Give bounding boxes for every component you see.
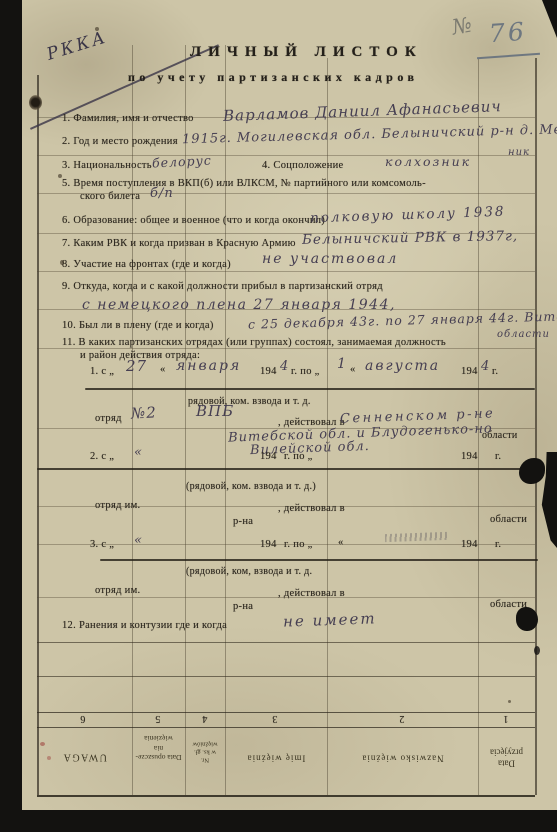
section2-oblast-label: области — [490, 514, 527, 525]
scan-edge-left — [0, 0, 22, 832]
ink-rule — [37, 468, 535, 470]
section3-otryad-label: отряд им. — [95, 585, 140, 596]
bottom-header-last-name: Nazwisko więźnia — [327, 752, 478, 763]
row1-quote2: « — [350, 364, 356, 375]
row1-month-to: августа — [365, 358, 440, 374]
field-value-fronts: не участвовал — [262, 251, 398, 267]
header-text-line: przyjęcia — [478, 746, 535, 757]
header-text: Imię więźnia — [247, 753, 306, 763]
row3-ditto-mark: « — [134, 533, 143, 548]
row1-year-from-hw: 4 — [280, 359, 289, 374]
field-label-wounds: 12. Ранения и контузии где и когда — [62, 620, 227, 631]
paper-speck — [95, 27, 99, 31]
field-label-rvk: 7. Каким РВК и когда призван в Красную А… — [62, 238, 296, 249]
row1-year-from: 194 — [260, 366, 277, 377]
grid-vline — [225, 45, 226, 795]
red-speck — [40, 742, 45, 746]
field-value-social: колхозник — [385, 154, 471, 169]
section2-position-hint: (рядовой, ком. взвода и т. д.) — [186, 481, 316, 492]
header-text: UWAGA — [62, 752, 107, 763]
row2-year-to: 194 — [461, 451, 478, 462]
scan-edge-bottom — [0, 810, 557, 832]
field-label-birth: 2. Год и место рождения — [62, 136, 178, 147]
row3-mid: г. по „ — [284, 539, 313, 550]
bottom-header-first-name: Imię więźnia — [225, 752, 327, 763]
bottom-col-number: 2 — [399, 713, 404, 724]
row1-year-suffix: г. — [492, 366, 498, 377]
row1-prefix: 1. с „ — [90, 366, 114, 377]
row1-quote: « — [160, 364, 166, 375]
header-text-line: Data opuszcze- — [132, 753, 185, 762]
grid-hline — [37, 642, 535, 643]
grid-hline — [37, 795, 535, 797]
field-value-wounds: не имеет — [283, 609, 377, 630]
row1-month-from: января — [176, 358, 241, 374]
header-text-line: w ks. gł. — [185, 747, 225, 755]
bottom-col-number: 6 — [80, 713, 85, 724]
field-label-party-line1: 5. Время поступления в ВКП(б) или ВЛКСМ,… — [62, 178, 426, 189]
header-text-line: więźniów — [185, 739, 225, 747]
field-value-captivity-cont: области — [497, 329, 550, 340]
section2-otryad-label: отряд им. — [95, 500, 140, 511]
field-label-education: 6. Образование: общее и военное (что и к… — [62, 215, 325, 226]
field-label-social: 4. Соцположение — [262, 160, 344, 171]
row2-prefix: 2. с „ — [90, 451, 114, 462]
row3-year-from: 194 — [260, 539, 277, 550]
header-text-line: nia — [132, 743, 185, 752]
field-value-birth-cont: ник — [508, 147, 530, 158]
section3-position-hint: (рядовой, ком, взвода и т. д. — [186, 566, 312, 577]
header-text-line: Nr. — [185, 755, 225, 763]
section1-otryad-name: ВПБ — [196, 402, 234, 420]
row2-year-suffix: г. — [495, 451, 501, 462]
grid-hline — [37, 348, 535, 349]
grid-hline — [37, 727, 535, 728]
scanned-document: РККА № 76 ЛИЧНЫЙ ЛИСТОК по учету партиза… — [0, 0, 557, 832]
field-value-party: б/п — [150, 186, 174, 201]
field-label-arrival: 9. Откуда, когда и с какой должности при… — [62, 281, 383, 292]
field-label-units-line1: 11. В каких партизанских отрядах (или гр… — [62, 337, 446, 348]
grid-vline — [535, 58, 537, 795]
row1-year-to-hw: 4 — [481, 359, 490, 374]
section3-rayon-label: р-на — [233, 601, 253, 612]
form-title-line1: ЛИЧНЫЙ ЛИСТОК — [190, 44, 423, 61]
grid-hline — [37, 676, 535, 677]
row3-prefix: 3. с „ — [90, 539, 114, 550]
header-text-line: Data — [478, 757, 535, 768]
row2-ditto-mark: « — [134, 445, 143, 460]
bottom-col-number: 1 — [503, 713, 508, 724]
doc-number-value: 76 — [488, 17, 528, 49]
row2-mid: г. по „ — [284, 451, 313, 462]
red-speck — [47, 756, 51, 760]
doc-number-sign: № — [450, 12, 474, 39]
row1-day-from: 27 — [126, 357, 147, 375]
grid-vline — [37, 75, 39, 795]
row3-quote2: « — [338, 537, 344, 548]
section2-rayon-label: р-на — [233, 516, 253, 527]
form-title-line2: по учету партизанских кадров — [128, 70, 419, 85]
paper-speck — [58, 174, 62, 178]
header-text: Nazwisko więźnia — [361, 753, 443, 763]
row1-mid: г. по „ — [291, 366, 320, 377]
ink-blot — [516, 607, 538, 631]
bottom-col-number: 3 — [272, 713, 277, 724]
header-text-line: więzienia — [132, 734, 185, 743]
row1-day-to: 1 — [337, 356, 347, 372]
bottom-header-uwaga: UWAGA — [37, 750, 132, 763]
ink-speck — [534, 646, 540, 655]
bottom-col-number: 4 — [202, 713, 207, 724]
section2-acted-label: , действовал в — [278, 503, 345, 514]
ink-rule — [100, 559, 538, 561]
ink-rule — [85, 388, 535, 390]
bottom-header-admission-date: Data przyjęcia — [478, 746, 535, 769]
bottom-header-release-date: Data opuszcze- nia więzienia — [132, 734, 185, 762]
field-value-arrival: с немецкого плена 27 января 1944, — [82, 297, 396, 313]
paper-speck — [508, 700, 511, 703]
section3-acted-label: , действовал в — [278, 588, 345, 599]
field-label-nationality: 3. Национальность — [62, 160, 152, 171]
grid-hline — [37, 271, 535, 272]
bottom-header-register-no: Nr. w ks. gł. więźniów — [185, 739, 225, 763]
field-label-party-line2: ского билета — [80, 191, 140, 202]
field-label-captivity: 10. Был ли в плену (где и когда) — [62, 320, 214, 331]
grid-hline — [37, 712, 535, 713]
bottom-col-number: 5 — [155, 713, 160, 724]
row3-year-to: 194 — [461, 539, 478, 550]
section1-otryad-label: отряд — [95, 413, 122, 424]
punch-hole — [29, 95, 42, 110]
row1-year-to: 194 — [461, 366, 478, 377]
field-label-surname: 1. Фамилия, имя и отчество — [62, 113, 194, 124]
row2-year-from: 194 — [260, 451, 277, 462]
paper-speck — [60, 260, 64, 265]
field-label-fronts: 8. Участие на фронтах (где и когда) — [62, 259, 231, 270]
section1-otryad-number: №2 — [131, 403, 158, 422]
field-value-nationality: белорус — [152, 152, 212, 170]
row3-year-suffix: г. — [495, 539, 501, 550]
